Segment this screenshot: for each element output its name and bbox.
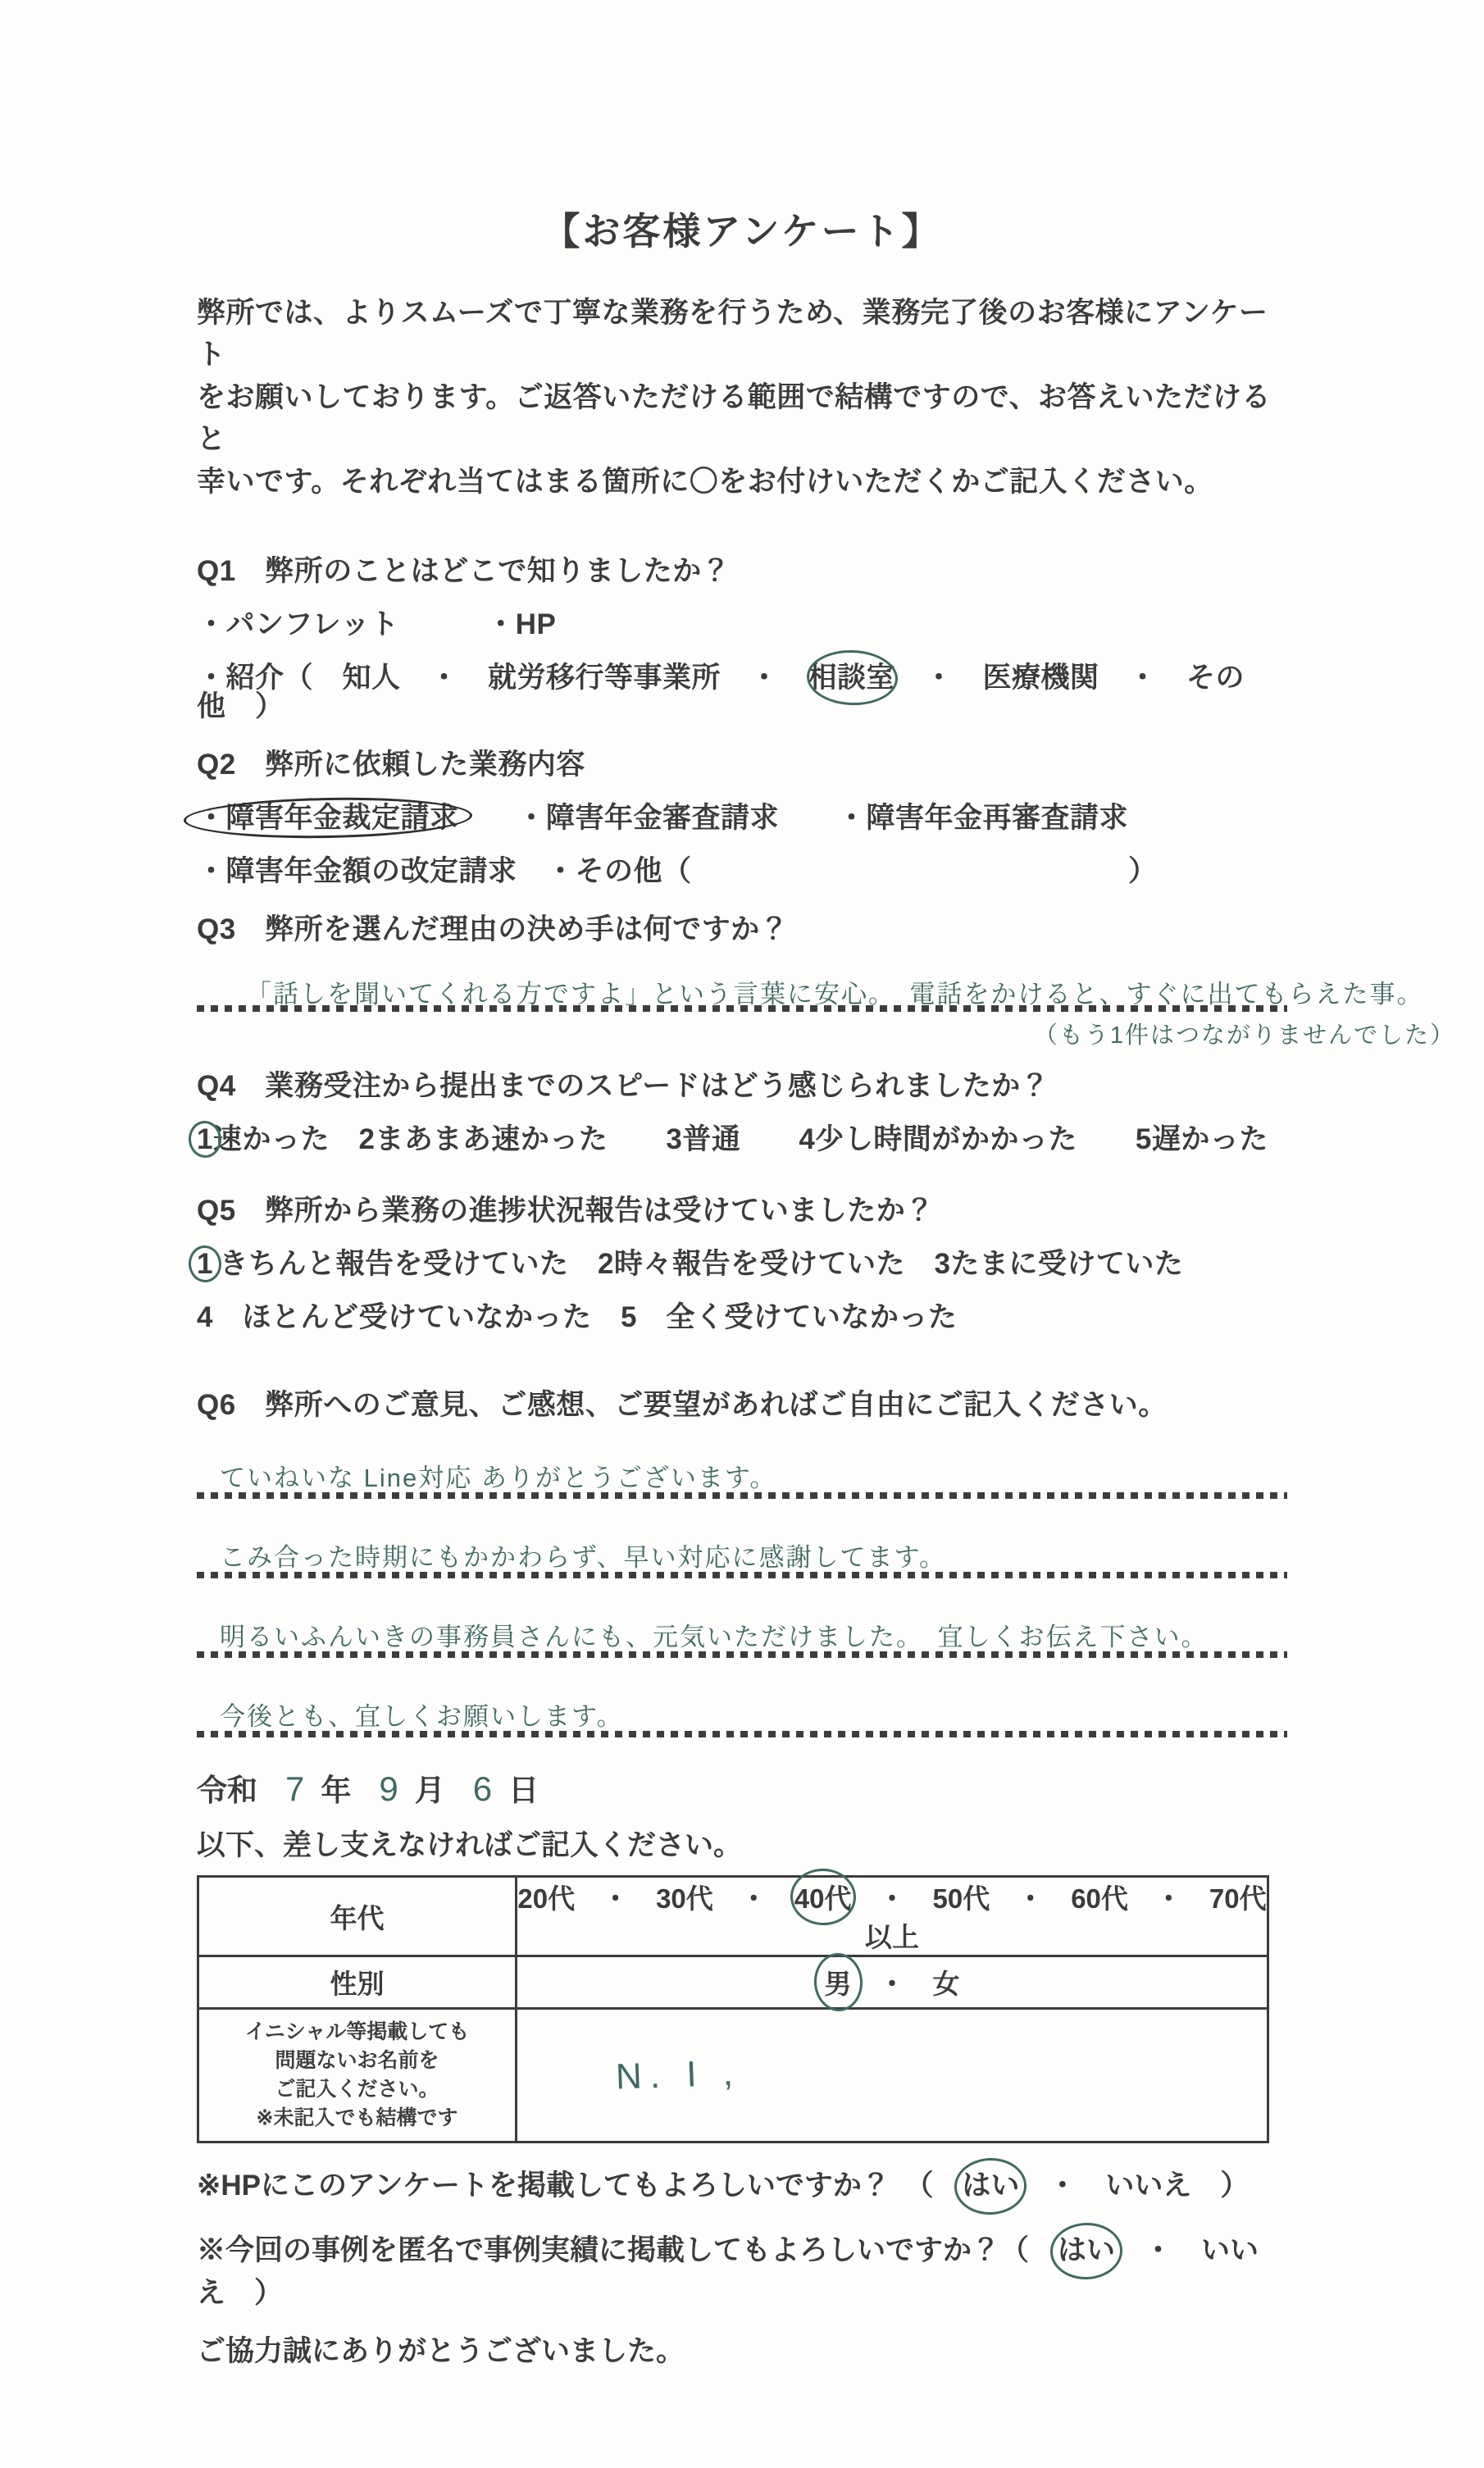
anon-question: ※今回の事例を匿名で事例実績に掲載してもよろしいですか？（ <box>197 2234 1058 2266</box>
q4-options-rest: 速かった 2まあまあ速かった 3普通 4少し時間がかかった 5遅かった <box>213 1123 1268 1155</box>
age-options: 20代 ・ 30代 ・ 40代 ・ 50代 ・ 60代 ・ 70代以上 <box>517 1877 1268 1956</box>
question-3: Q3 弊所を選んだ理由の決め手は何ですか？ 「話しを聞いてくれる方ですよ」という… <box>197 915 1287 1050</box>
q6-answer-entry: 明るいふんいきの事務員さんにも、元気いただけました。 宜しくお伝え下さい。 <box>197 1616 1287 1658</box>
q5-options-row2: 4 ほとんど受けていなかった 5 全く受けていなかった <box>197 1303 1287 1332</box>
initials-value-cell: N. I , <box>517 2009 1268 2142</box>
q1-options-row1: ・パンフレット ・HP <box>197 610 1287 639</box>
age-circled-answer-40s: 40代 <box>794 1878 852 1916</box>
hp-question: ※HPにこのアンケートを掲載してもよろしいですか？ （ <box>197 2170 962 2202</box>
month-handwritten: 9 <box>379 1769 398 1808</box>
q2-options-row2: ・障害年金額の改定請求 ・その他（ ） <box>197 857 1287 886</box>
thanks-message: ご協力誠にありがとうございました。 <box>197 2329 1287 2370</box>
era-label: 令和 <box>197 1774 257 1807</box>
q1-referral-pre: ・紹介（ 知人 ・ 就労移行等事業所 ・ <box>197 662 808 694</box>
gender-circled-answer-male: 男 <box>825 1963 852 2001</box>
q6-answer-entry: こみ合った時期にもかかわらず、早い対応に感謝してます。 <box>197 1537 1287 1578</box>
q3-heading: Q3 弊所を選んだ理由の決め手は何ですか？ <box>197 915 1287 944</box>
q2-options-row1: ・障害年金裁定請求 ・障害年金審査請求 ・障害年金再審査請求 <box>197 804 1287 832</box>
anonymous-permission-row: ※今回の事例を匿名で事例実績に掲載してもよろしいですか？（ はい ・ いいえ ） <box>197 2229 1287 2315</box>
day-handwritten: 6 <box>473 1769 492 1808</box>
question-6: Q6 弊所へのご意見、ご感想、ご要望があればご自由にご記入ください。 ていねいな… <box>197 1391 1287 1737</box>
date-line: 令和7年9月6日 <box>197 1765 1287 1810</box>
q6-handwritten-line-2: こみ合った時期にもかかわらず、早い対応に感謝してます。 <box>197 1537 1287 1573</box>
question-2: Q2 弊所に依頼した業務内容 ・障害年金裁定請求 ・障害年金審査請求 ・障害年金… <box>197 750 1287 886</box>
year-handwritten: 7 <box>285 1769 304 1808</box>
question-4: Q4 業務受注から提出までのスピードはどう感じられましたか？ 1速かった 2まあ… <box>197 1072 1287 1154</box>
q6-handwritten-line-1: ていねいな Line対応 ありがとうございます。 <box>197 1457 1287 1494</box>
q2-circled-answer-saitei-seikyu: ・障害年金裁定請求 <box>197 804 459 832</box>
age-row: 年代 20代 ・ 30代 ・ 40代 ・ 50代 ・ 60代 ・ 70代以上 <box>198 1877 1268 1956</box>
q2-row1-rest: ・障害年金審査請求 ・障害年金再審査請求 <box>459 802 1129 834</box>
q4-heading: Q4 業務受注から提出までのスピードはどう感じられましたか？ <box>197 1072 1287 1100</box>
q1-heading: Q1 弊所のことはどこで知りましたか？ <box>197 557 1287 585</box>
q5-options-row1: 1 きちんと報告を受けていた 2時々報告を受けていた 3たまに受けていた <box>197 1250 1287 1278</box>
q3-handwritten-note: （もう1件はつながりませんでした） <box>197 1017 1455 1050</box>
question-1: Q1 弊所のことはどこで知りましたか？ ・パンフレット ・HP ・紹介（ 知人 … <box>197 557 1287 721</box>
age-pre: 20代 ・ 30代 ・ <box>517 1883 794 1914</box>
page-title: 【お客様アンケート】 <box>197 202 1287 256</box>
anon-circled-answer-yes: はい <box>1058 2229 1115 2273</box>
month-unit: 月 <box>415 1774 445 1807</box>
age-post: ・ 50代 ・ 60代 ・ 70代以上 <box>852 1883 1267 1952</box>
q4-circled-answer-1: 1 <box>197 1125 213 1154</box>
year-unit: 年 <box>321 1774 351 1807</box>
gender-label: 性別 <box>198 1956 517 2009</box>
gender-post: ・ 女 <box>852 1969 960 1999</box>
gender-options: 男 ・ 女 <box>517 1956 1268 2009</box>
day-unit: 日 <box>508 1774 539 1807</box>
intro-paragraph: 弊所では、よりスムーズで丁寧な業務を行うため、業務完了後のお客様にアンケート を… <box>197 292 1287 503</box>
optional-entry-note: 以下、差し支えなければご記入ください。 <box>197 1823 1287 1864</box>
gender-row: 性別 男 ・ 女 <box>198 1956 1268 2009</box>
q4-options-row: 1速かった 2まあまあ速かった 3普通 4少し時間がかかった 5遅かった <box>197 1125 1287 1154</box>
q5-heading: Q5 弊所から業務の進捗状況報告は受けていましたか？ <box>197 1196 1287 1225</box>
hp-circled-answer-yes: はい <box>962 2165 1019 2208</box>
age-label: 年代 <box>198 1877 517 1956</box>
q2-heading: Q2 弊所に依頼した業務内容 <box>197 750 1287 779</box>
q1-options-row2: ・紹介（ 知人 ・ 就労移行等事業所 ・ 相談室 ・ 医療機関 ・ その他 ） <box>197 663 1287 721</box>
q5-circled-answer-1: 1 <box>197 1250 213 1278</box>
q6-answer-entry: 今後とも、宜しくお願いします。 <box>197 1696 1287 1737</box>
q6-handwritten-line-3: 明るいふんいきの事務員さんにも、元気いただけました。 宜しくお伝え下さい。 <box>197 1616 1287 1653</box>
q1-circled-answer-soudanshitsu: 相談室 <box>808 663 896 692</box>
initials-label: イニシャル等掲載しても 問題ないお名前を ご記入ください。 ※未記入でも結構です <box>198 2009 517 2142</box>
hp-question-post: ・ いいえ ） <box>1019 2170 1249 2202</box>
survey-sheet: 【お客様アンケート】 弊所では、よりスムーズで丁寧な業務を行うため、業務完了後の… <box>0 0 1484 2468</box>
q6-handwritten-line-4: 今後とも、宜しくお願いします。 <box>197 1696 1287 1733</box>
hp-permission-row: ※HPにこのアンケートを掲載してもよろしいですか？ （ はい ・ いいえ ） <box>197 2165 1287 2208</box>
q6-heading: Q6 弊所へのご意見、ご感想、ご要望があればご自由にご記入ください。 <box>197 1391 1287 1419</box>
initials-handwritten: N. I , <box>615 2053 742 2098</box>
q3-handwritten-answer: 「話しを聞いてくれる方ですよ」という言葉に安心。 電話をかけると、すぐに出てもら… <box>197 973 1287 1010</box>
question-5: Q5 弊所から業務の進捗状況報告は受けていましたか？ 1 きちんと報告を受けてい… <box>197 1196 1287 1332</box>
initials-row: イニシャル等掲載しても 問題ないお名前を ご記入ください。 ※未記入でも結構です… <box>198 2009 1268 2142</box>
q5-options-row1-rest: きちんと報告を受けていた 2時々報告を受けていた 3たまに受けていた <box>219 1248 1183 1280</box>
q6-answer-entry: ていねいな Line対応 ありがとうございます。 <box>197 1457 1287 1499</box>
profile-table: 年代 20代 ・ 30代 ・ 40代 ・ 50代 ・ 60代 ・ 70代以上 性… <box>197 1875 1269 2143</box>
